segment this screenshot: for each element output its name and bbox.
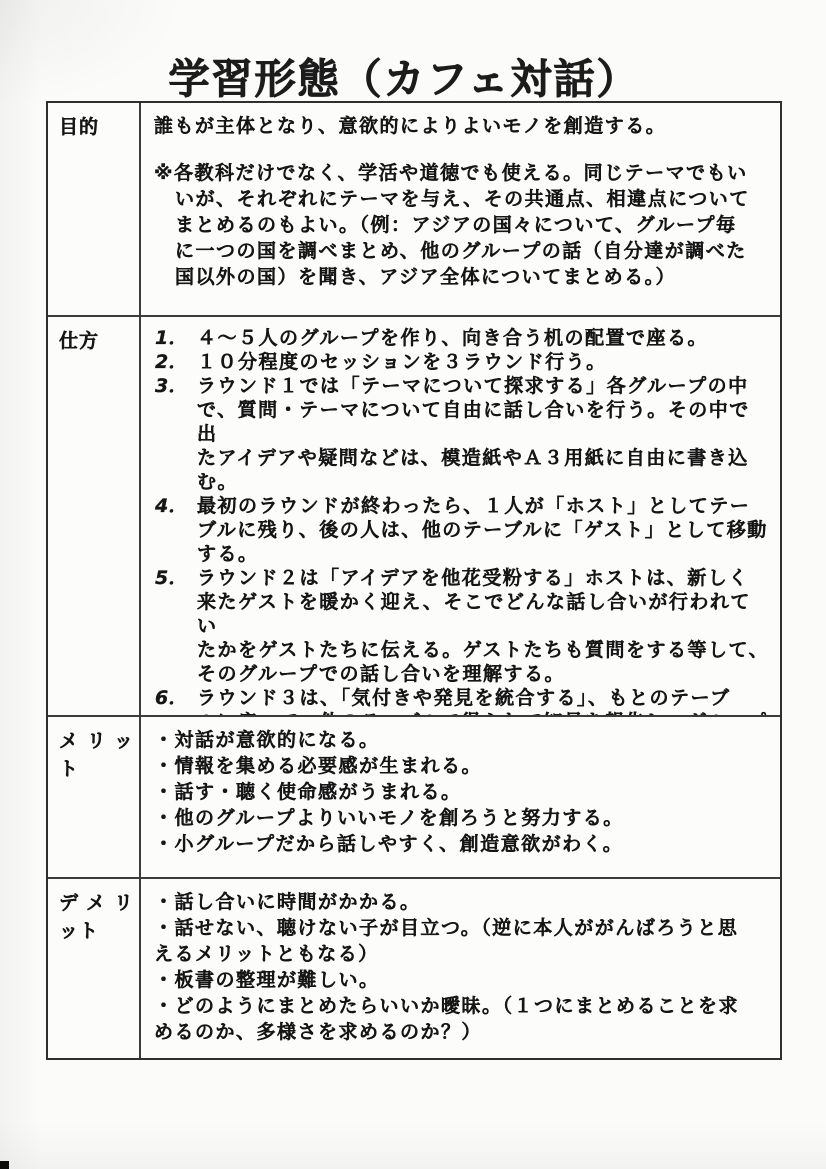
step-text: 最初のラウンドが終わったら、１人が「ホスト」としてテー ブルに残り、後の人は、他…: [197, 495, 768, 565]
step-text: １０分程度のセッションを３ラウンド行う。: [197, 351, 607, 373]
method-step: 1．４～５人のグループを作り、向き合う机の配置で座る。: [154, 326, 770, 350]
step-number: 1．: [155, 326, 187, 350]
method-step: 4．最初のラウンドが終わったら、１人が「ホスト」としてテー ブルに残り、後の人は…: [154, 494, 770, 566]
demerit-item: ・話し合いに時間がかかる。: [154, 889, 770, 915]
method-step: 5．ラウンド２は「アイデアを他花受粉する」ホストは、新しく 来たゲストを暖かく迎…: [154, 566, 770, 686]
step-number: 2．: [155, 350, 187, 374]
method-step: 3．ラウンド１では「テーマについて探求する」各グループの中 で、質問・テーマにつ…: [154, 374, 770, 494]
learning-format-table: 目的 誰もが主体となり、意欲的によりよいモノを創造する。 ※各教科だけでなく、学…: [46, 101, 782, 1060]
method-step: 6．ラウンド３は、「気付きや発見を統合する」、もとのテーブ ルに戻って、他のテー…: [154, 686, 770, 715]
purpose-lead-text: 誰もが主体となり、意欲的によりよいモノを創造する。: [154, 113, 770, 139]
scan-artifact-mark: [0, 1161, 9, 1169]
table-row-demerits: デメリット ・話し合いに時間がかかる。 ・話せない、聴けない子が目立つ。（逆に本…: [48, 877, 780, 1058]
step-number: 3．: [155, 374, 187, 398]
row-header-purpose: 目的: [48, 103, 141, 315]
purpose-note-text: ※各教科だけでなく、学活や道徳でも使える。同じテーマでもい いが、それぞれにテー…: [154, 160, 770, 290]
row-header-merits: メリット: [48, 717, 141, 877]
merit-item: ・小グループだから話しやすく、創造意欲がわく。: [154, 831, 770, 857]
purpose-content: 誰もが主体となり、意欲的によりよいモノを創造する。 ※各教科だけでなく、学活や道…: [141, 103, 780, 315]
demerits-list: ・話し合いに時間がかかる。 ・話せない、聴けない子が目立つ。（逆に本人ががんばろ…: [141, 879, 780, 1058]
step-text: ４～５人のグループを作り、向き合う机の配置で座る。: [197, 327, 708, 349]
merits-list: ・対話が意欲的になる。 ・情報を集める必要感が生まれる。 ・話す・聴く使命感がう…: [141, 717, 780, 877]
step-number: 5．: [155, 566, 187, 590]
step-text: ラウンド２は「アイデアを他花受粉する」ホストは、新しく 来たゲストを暖かく迎え、…: [197, 567, 769, 685]
merit-item: ・情報を集める必要感が生まれる。: [154, 753, 770, 779]
row-header-method: 仕方: [48, 317, 141, 715]
table-row-method: 仕方 1．４～５人のグループを作り、向き合う机の配置で座る。 2．１０分程度のセ…: [48, 315, 780, 715]
step-text: ラウンド３は、「気付きや発見を統合する」、もとのテーブ ルに戻って、他のテーブル…: [197, 687, 767, 715]
method-steps-list: 1．４～５人のグループを作り、向き合う机の配置で座る。 2．１０分程度のセッショ…: [141, 317, 780, 715]
step-text: ラウンド１では「テーマについて探求する」各グループの中 で、質問・テーマについて…: [197, 375, 750, 493]
method-step: 2．１０分程度のセッションを３ラウンド行う。: [154, 350, 770, 374]
demerit-item: ・どのようにまとめたらいいか曖昧。（１つにまとめることを求 めるのか、多様さを求…: [154, 993, 770, 1045]
table-row-merits: メリット ・対話が意欲的になる。 ・情報を集める必要感が生まれる。 ・話す・聴く…: [48, 715, 780, 877]
merit-item: ・対話が意欲的になる。: [154, 727, 770, 753]
step-number: 4．: [155, 494, 187, 518]
demerit-item: ・板書の整理が難しい。: [154, 967, 770, 993]
merit-item: ・他のグループよりいいモノを創ろうと努力する。: [154, 805, 770, 831]
merit-item: ・話す・聴く使命感がうまれる。: [154, 779, 770, 805]
page-title: 学習形態（カフェ対話）: [24, 46, 784, 105]
scanned-page: 学習形態（カフェ対話） 目的 誰もが主体となり、意欲的によりよいモノを創造する。…: [0, 0, 826, 1169]
table-row-purpose: 目的 誰もが主体となり、意欲的によりよいモノを創造する。 ※各教科だけでなく、学…: [48, 103, 780, 315]
demerit-item: ・話せない、聴けない子が目立つ。（逆に本人ががんばろうと思 えるメリットともなる…: [154, 915, 770, 967]
step-number: 6．: [155, 686, 187, 710]
row-header-demerits: デメリット: [48, 879, 141, 1058]
